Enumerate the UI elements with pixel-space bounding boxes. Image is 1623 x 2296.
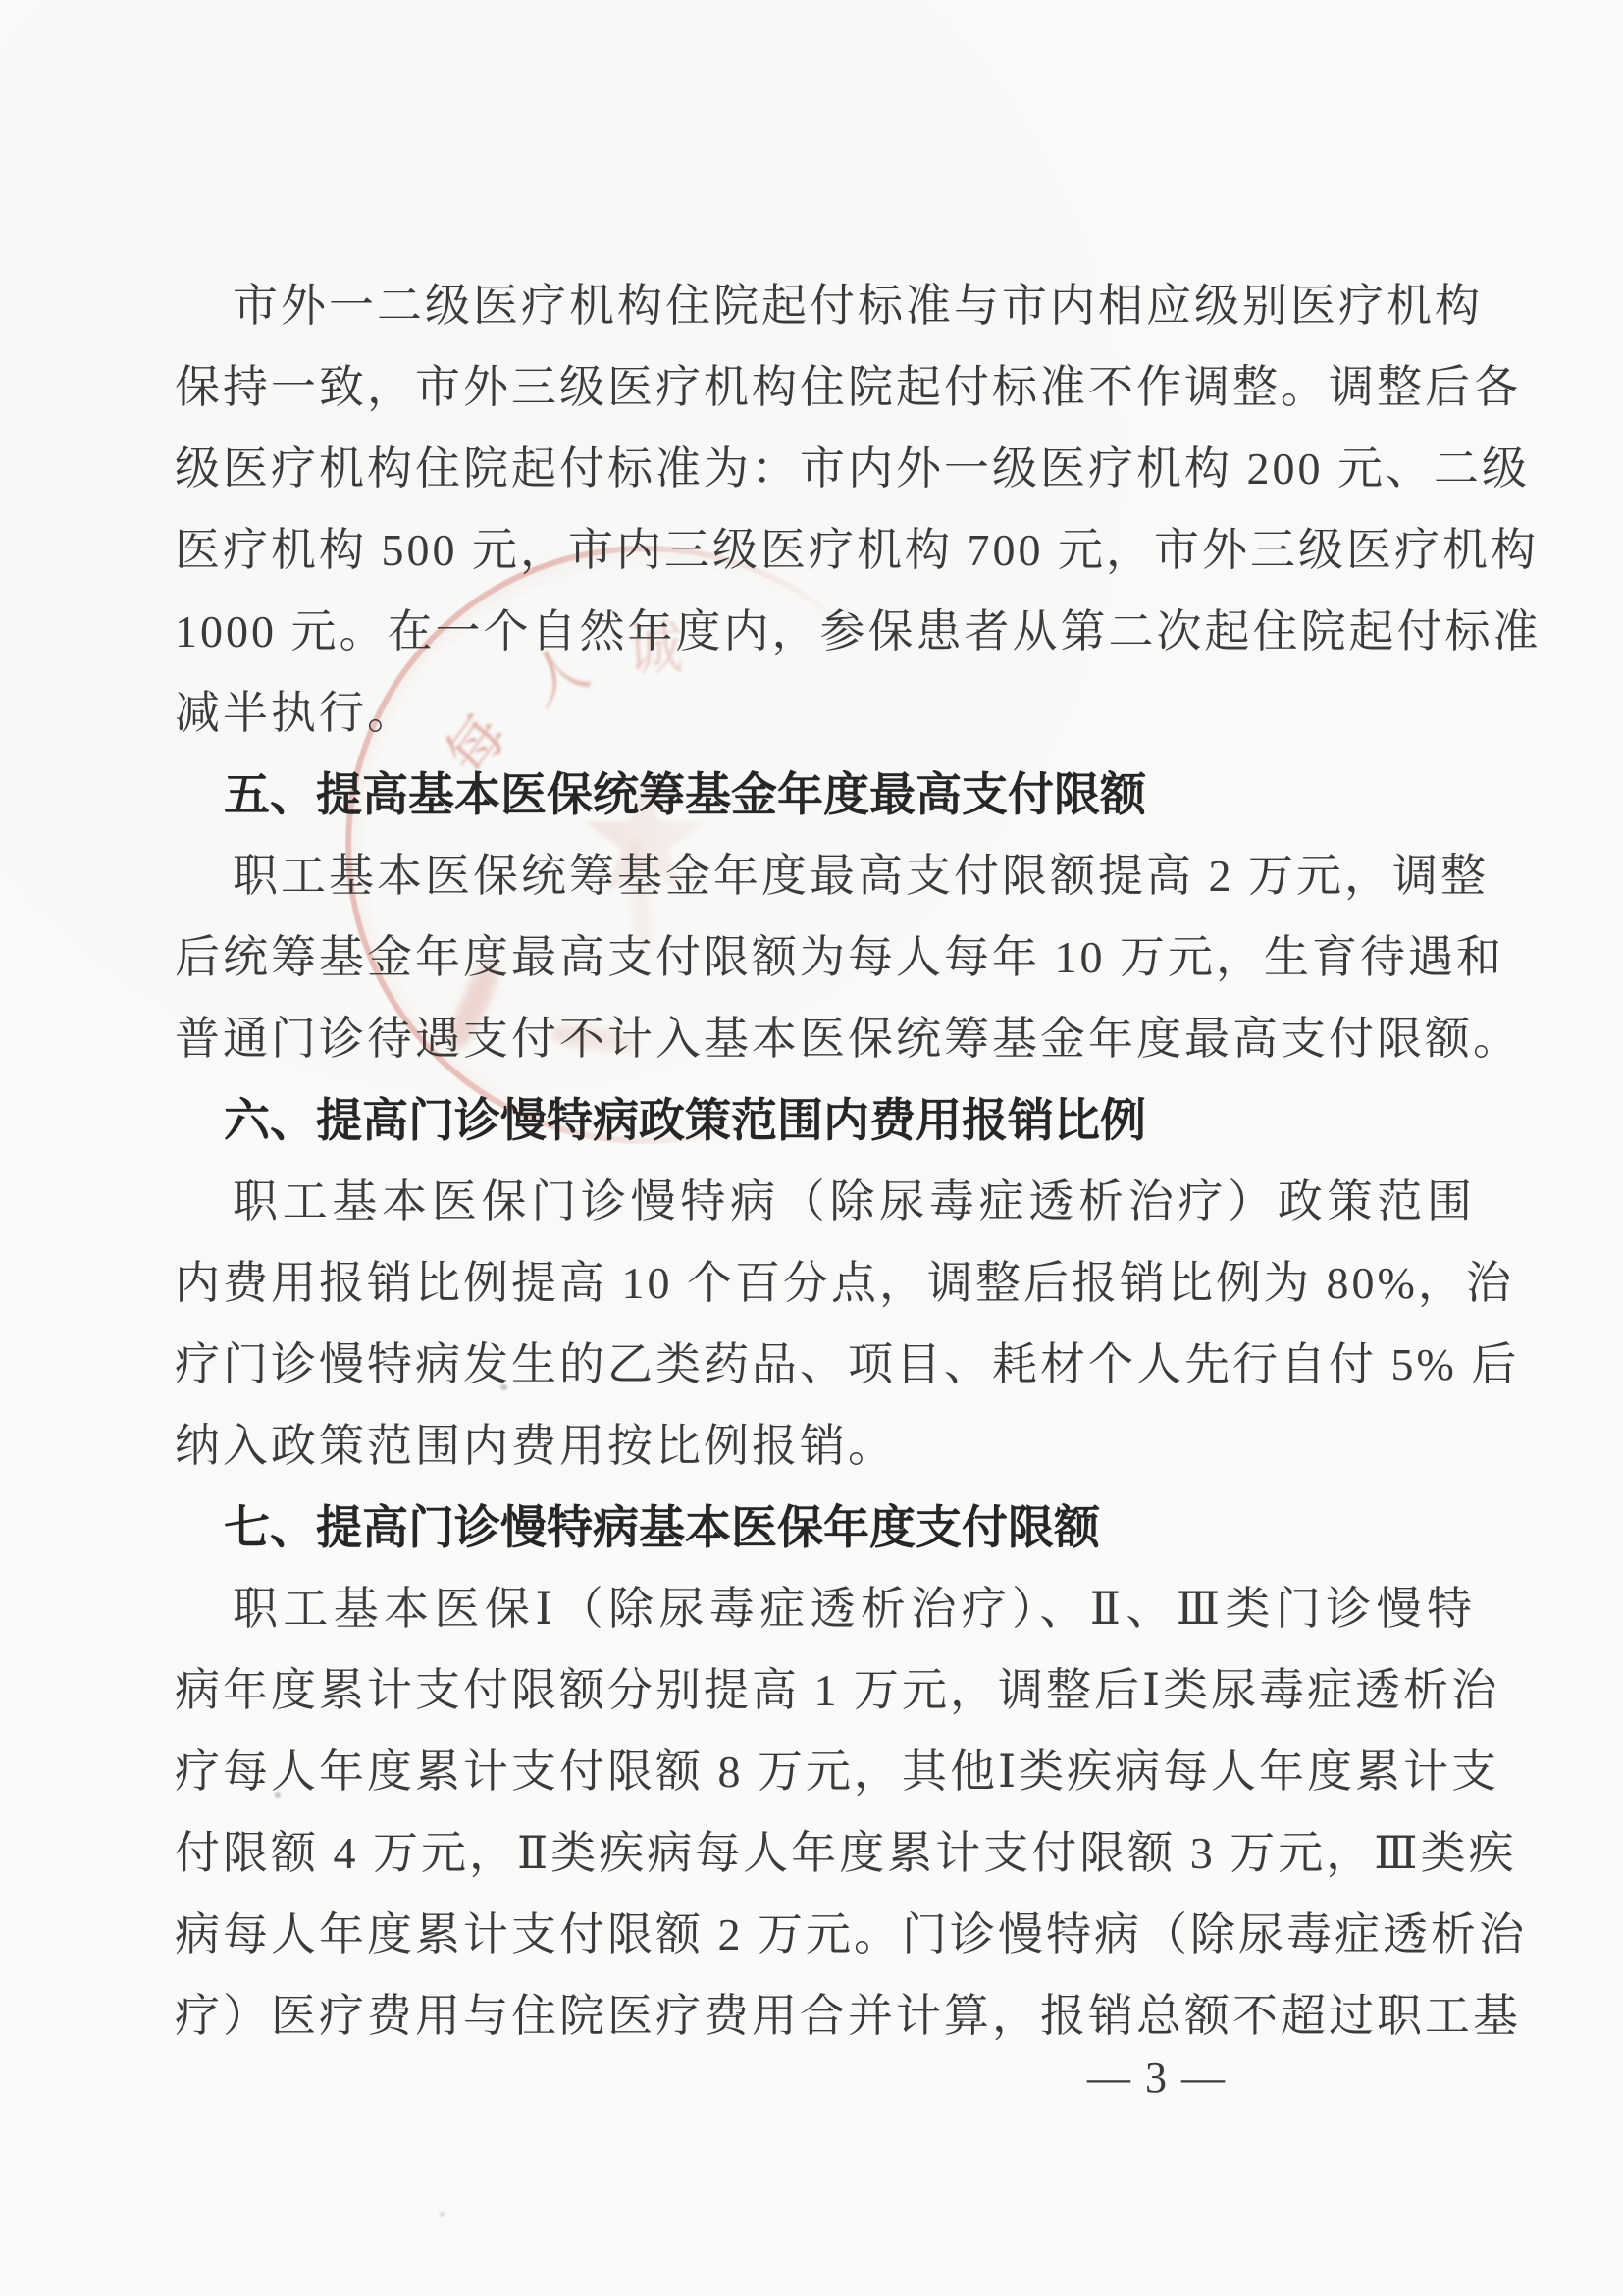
paragraph-line: 疗）医疗费用与住院医疗费用合并计算，报销总额不超过职工基	[175, 1975, 1475, 2057]
scan-speck	[440, 2212, 445, 2217]
paragraph-line: 普通门诊待遇支付不计入基本医保统筹基金年度最高支付限额。	[175, 998, 1475, 1079]
paragraph-line: 市外一二级医疗机构住院起付标准与市内相应级别医疗机构	[175, 265, 1475, 346]
paragraph-line: 疗每人年度累计支付限额 8 万元，其他Ⅰ类疾病每人年度累计支	[175, 1731, 1475, 1812]
paragraph-line: 减半执行。	[175, 672, 1475, 754]
paragraph-line: 后统筹基金年度最高支付限额为每人每年 10 万元，生育待遇和	[175, 916, 1475, 998]
paragraph-line: 内费用报销比例提高 10 个百分点，调整后报销比例为 80%，治	[175, 1242, 1475, 1324]
paragraph-line: 1000 元。在一个自然年度内，参保患者从第二次起住院起付标准	[175, 591, 1475, 672]
paragraph-line: 病年度累计支付限额分别提高 1 万元，调整后Ⅰ类尿毒症透析治	[175, 1649, 1475, 1731]
document-page: 每 人 诚 ★ 市外一二级医疗机构住院起付标准与市内相应级别医疗机构 保持一致，…	[0, 0, 1623, 2296]
paragraph-line: 职工基本医保Ⅰ（除尿毒症透析治疗）、Ⅱ、Ⅲ类门诊慢特	[175, 1568, 1475, 1649]
scan-speck	[275, 1792, 281, 1798]
paragraph-line: 病每人年度累计支付限额 2 万元。门诊慢特病（除尿毒症透析治	[175, 1894, 1475, 1975]
paragraph-line: 纳入政策范围内费用按比例报销。	[175, 1405, 1475, 1487]
paragraph-line: 职工基本医保门诊慢特病（除尿毒症透析治疗）政策范围	[175, 1161, 1475, 1242]
paragraph-line: 职工基本医保统筹基金年度最高支付限额提高 2 万元，调整	[175, 835, 1475, 916]
page-number: — 3 —	[976, 2049, 1227, 2108]
document-body: 市外一二级医疗机构住院起付标准与市内相应级别医疗机构 保持一致，市外三级医疗机构…	[175, 265, 1475, 2057]
section-heading: 五、提高基本医保统筹基金年度最高支付限额	[175, 754, 1475, 835]
section-heading: 七、提高门诊慢特病基本医保年度支付限额	[175, 1487, 1475, 1568]
paragraph-line: 保持一致，市外三级医疗机构住院起付标准不作调整。调整后各	[175, 346, 1475, 428]
paragraph-line: 疗门诊慢特病发生的乙类药品、项目、耗材个人先行自付 5% 后	[175, 1324, 1475, 1405]
section-heading: 六、提高门诊慢特病政策范围内费用报销比例	[175, 1079, 1475, 1161]
paragraph-line: 医疗机构 500 元，市内三级医疗机构 700 元，市外三级医疗机构	[175, 509, 1475, 591]
scan-speck	[500, 1384, 507, 1390]
paragraph-line: 级医疗机构住院起付标准为：市内外一级医疗机构 200 元、二级	[175, 428, 1475, 509]
paragraph-line: 付限额 4 万元，Ⅱ类疾病每人年度累计支付限额 3 万元，Ⅲ类疾	[175, 1812, 1475, 1894]
